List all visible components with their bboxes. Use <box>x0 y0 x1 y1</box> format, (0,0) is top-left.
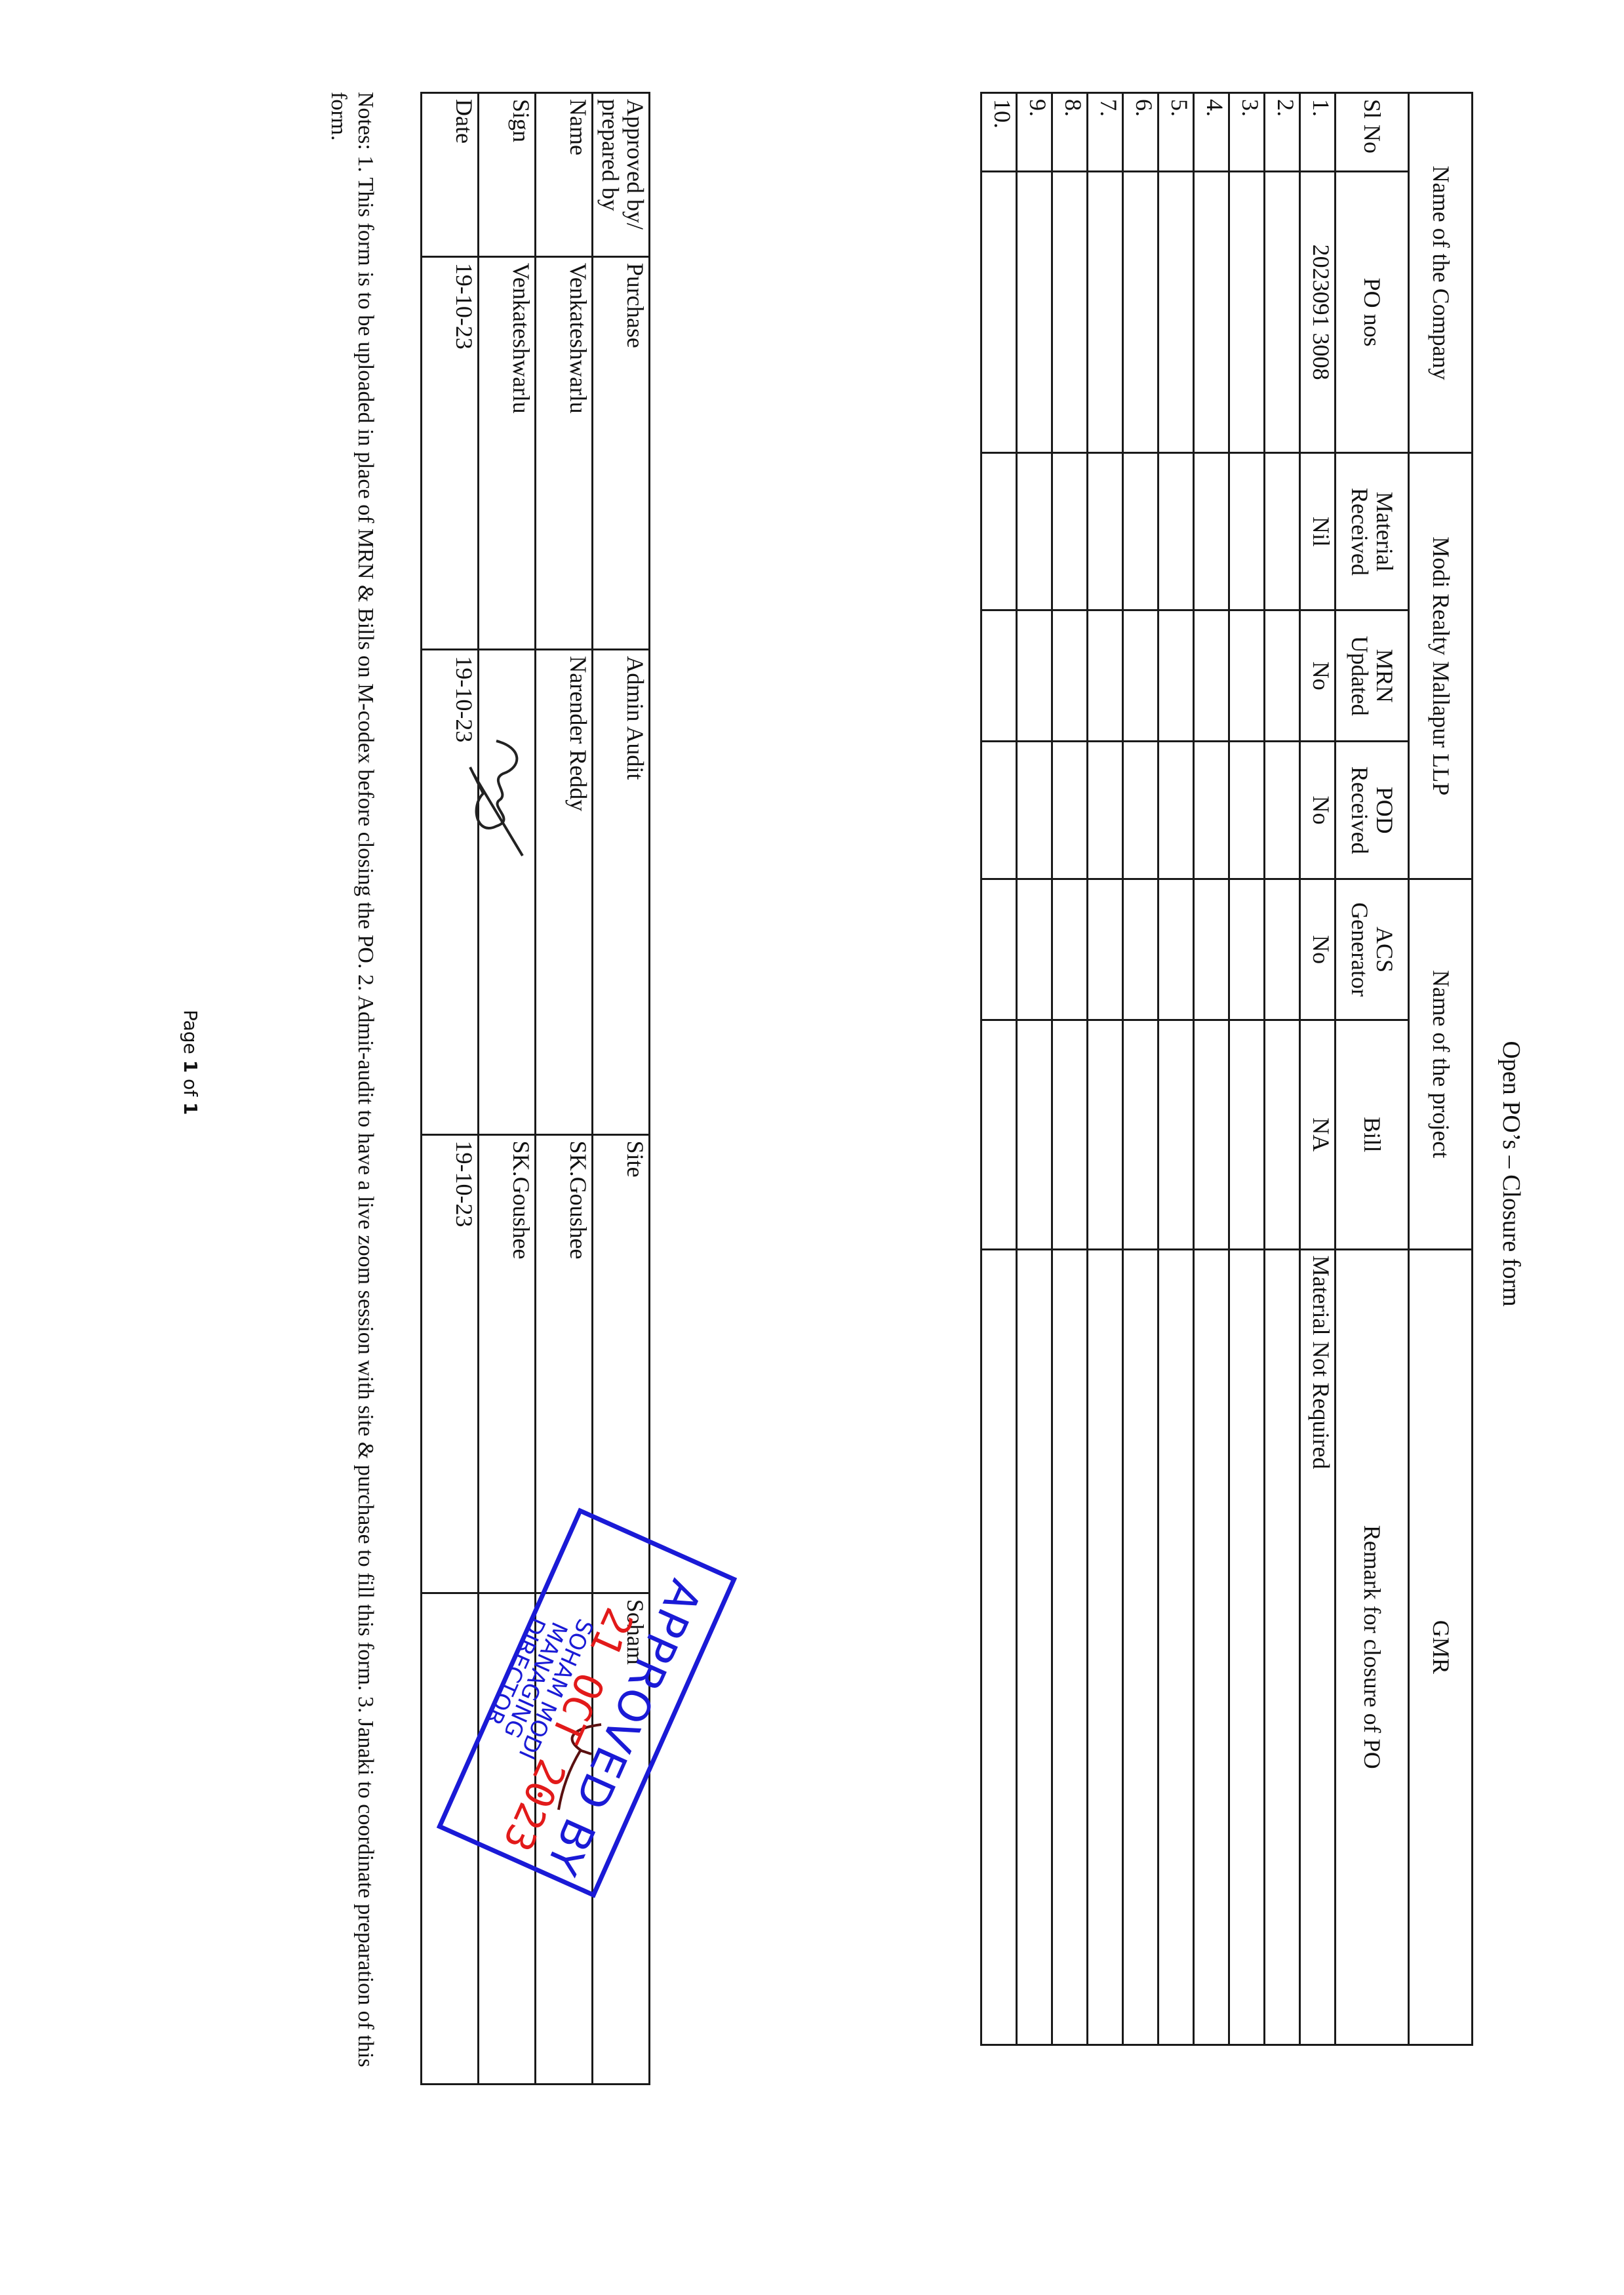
approval-role: Purchase <box>593 256 650 650</box>
cell-material <box>1052 453 1088 610</box>
cell-po <box>1194 171 1229 453</box>
cell-po <box>1123 171 1159 453</box>
cell-sl: 1. <box>1300 93 1336 172</box>
cell-mrn <box>1123 610 1159 742</box>
approval-row-label: Name <box>536 93 593 257</box>
po-closure-table: Name of the Company Modi Realty Mallapur… <box>980 92 1473 2046</box>
form-title: Open PO’s – Closure form <box>1497 944 1526 1403</box>
company-value: Modi Realty Mallapur LLP <box>1409 453 1473 879</box>
cell-acs <box>1088 879 1123 1020</box>
table-row: 4. <box>1194 93 1229 2045</box>
col-bill: Bill <box>1336 1020 1409 1250</box>
table-row: 3. <box>1229 93 1265 2045</box>
table-row: 7. <box>1088 93 1123 2045</box>
table-row: 10. <box>981 93 1017 2045</box>
table-row: 1.2023091 3008NilNoNoNoNAMaterial Not Re… <box>1300 93 1336 2045</box>
cell-po: 2023091 3008 <box>1300 171 1336 453</box>
cell-acs <box>1159 879 1194 1020</box>
cell-material: Nil <box>1300 453 1336 610</box>
approval-row-label: Sign <box>479 93 536 257</box>
cell-po <box>981 171 1017 453</box>
cell-material <box>981 453 1017 610</box>
approval-date: 19-10-23 <box>422 650 479 1134</box>
cell-po <box>1159 171 1194 453</box>
cell-pod <box>981 742 1017 879</box>
cell-material <box>1194 453 1229 610</box>
approval-name: Venkateshwarlu <box>536 256 593 650</box>
company-label: Name of the Company <box>1409 93 1473 453</box>
cell-bill <box>1017 1020 1052 1250</box>
cell-remark <box>1265 1249 1300 2045</box>
cell-bill <box>1194 1020 1229 1250</box>
cell-acs <box>1052 879 1088 1020</box>
cell-material <box>1088 453 1123 610</box>
table-row: 6. <box>1123 93 1159 2045</box>
cell-remark <box>1194 1249 1229 2045</box>
table-row: 2. <box>1265 93 1300 2045</box>
cell-sl: 10. <box>981 93 1017 172</box>
cell-pod <box>1017 742 1052 879</box>
approval-sign: SK.Goushee <box>479 1134 536 1593</box>
cell-mrn <box>1265 610 1300 742</box>
cell-remark: Material Not Required <box>1300 1249 1336 2045</box>
cell-bill <box>1123 1020 1159 1250</box>
cell-acs <box>981 879 1017 1020</box>
cell-bill <box>1265 1020 1300 1250</box>
cell-sl: 5. <box>1159 93 1194 172</box>
cell-sl: 7. <box>1088 93 1123 172</box>
col-mrn-updated: MRN Updated <box>1336 610 1409 742</box>
col-pod-received: POD Received <box>1336 742 1409 879</box>
approval-sign <box>479 650 536 1134</box>
cell-pod <box>1088 742 1123 879</box>
notes-text: Notes: 1. This form is to be uploaded in… <box>325 92 378 2098</box>
approval-row-label: Date <box>422 93 479 257</box>
cell-mrn <box>1229 610 1265 742</box>
cell-bill <box>1229 1020 1265 1250</box>
cell-bill <box>1159 1020 1194 1250</box>
cell-bill <box>1052 1020 1088 1250</box>
col-po-nos: PO nos <box>1336 171 1409 453</box>
cell-po <box>1088 171 1123 453</box>
approval-date: 19-10-23 <box>422 256 479 650</box>
table-row: 9. <box>1017 93 1052 2045</box>
approval-date: 19-10-23 <box>422 1134 479 1593</box>
cell-acs <box>1123 879 1159 1020</box>
cell-sl: 2. <box>1265 93 1300 172</box>
cell-remark <box>1229 1249 1265 2045</box>
cell-po <box>1265 171 1300 453</box>
cell-acs: No <box>1300 879 1336 1020</box>
cell-acs <box>1229 879 1265 1020</box>
cell-sl: 4. <box>1194 93 1229 172</box>
cell-sl: 6. <box>1123 93 1159 172</box>
cell-bill: NA <box>1300 1020 1336 1250</box>
cell-material <box>1159 453 1194 610</box>
cell-mrn: No <box>1300 610 1336 742</box>
cell-pod <box>1194 742 1229 879</box>
cell-mrn <box>1194 610 1229 742</box>
rotated-page: Open PO’s – Closure form Name of the Com… <box>0 0 1624 2295</box>
cell-acs <box>1194 879 1229 1020</box>
cell-pod <box>1123 742 1159 879</box>
cell-remark <box>1159 1249 1194 2045</box>
admin-audit-signature <box>464 728 536 859</box>
project-label: Name of the project <box>1409 879 1473 1249</box>
cell-mrn <box>1052 610 1088 742</box>
col-acs-generator: ACS Generator <box>1336 879 1409 1020</box>
cell-remark <box>981 1249 1017 2045</box>
project-value: GMR <box>1409 1249 1473 2045</box>
table-row: 8. <box>1052 93 1088 2045</box>
cell-sl: 8. <box>1052 93 1088 172</box>
cell-po <box>1229 171 1265 453</box>
cell-po <box>1052 171 1088 453</box>
approval-row-label: Approved by/ prepared by <box>593 93 650 257</box>
cell-pod <box>1052 742 1088 879</box>
cell-remark <box>1052 1249 1088 2045</box>
page-number: Page 1 of 1 <box>180 1010 201 1115</box>
cell-mrn <box>981 610 1017 742</box>
cell-pod <box>1229 742 1265 879</box>
cell-mrn <box>1017 610 1052 742</box>
cell-material <box>1123 453 1159 610</box>
cell-remark <box>1017 1249 1052 2045</box>
col-remark: Remark for closure of PO <box>1336 1249 1409 2045</box>
col-sl-no: Sl No <box>1336 93 1409 172</box>
approval-sign: Venkateshwarlu <box>479 256 536 650</box>
cell-mrn <box>1088 610 1123 742</box>
approval-name: Narender Reddy <box>536 650 593 1134</box>
cell-pod <box>1265 742 1300 879</box>
cell-material <box>1229 453 1265 610</box>
cell-acs <box>1017 879 1052 1020</box>
cell-material <box>1265 453 1300 610</box>
cell-bill <box>1088 1020 1123 1250</box>
cell-pod <box>1159 742 1194 879</box>
cell-bill <box>981 1020 1017 1250</box>
cell-sl: 9. <box>1017 93 1052 172</box>
cell-sl: 3. <box>1229 93 1265 172</box>
cell-pod: No <box>1300 742 1336 879</box>
cell-mrn <box>1159 610 1194 742</box>
approval-role: Admin Audit <box>593 650 650 1134</box>
cell-material <box>1017 453 1052 610</box>
table-row: 5. <box>1159 93 1194 2045</box>
cell-remark <box>1088 1249 1123 2045</box>
cell-po <box>1017 171 1052 453</box>
cell-acs <box>1265 879 1300 1020</box>
col-material-received: Material Received <box>1336 453 1409 610</box>
cell-remark <box>1123 1249 1159 2045</box>
